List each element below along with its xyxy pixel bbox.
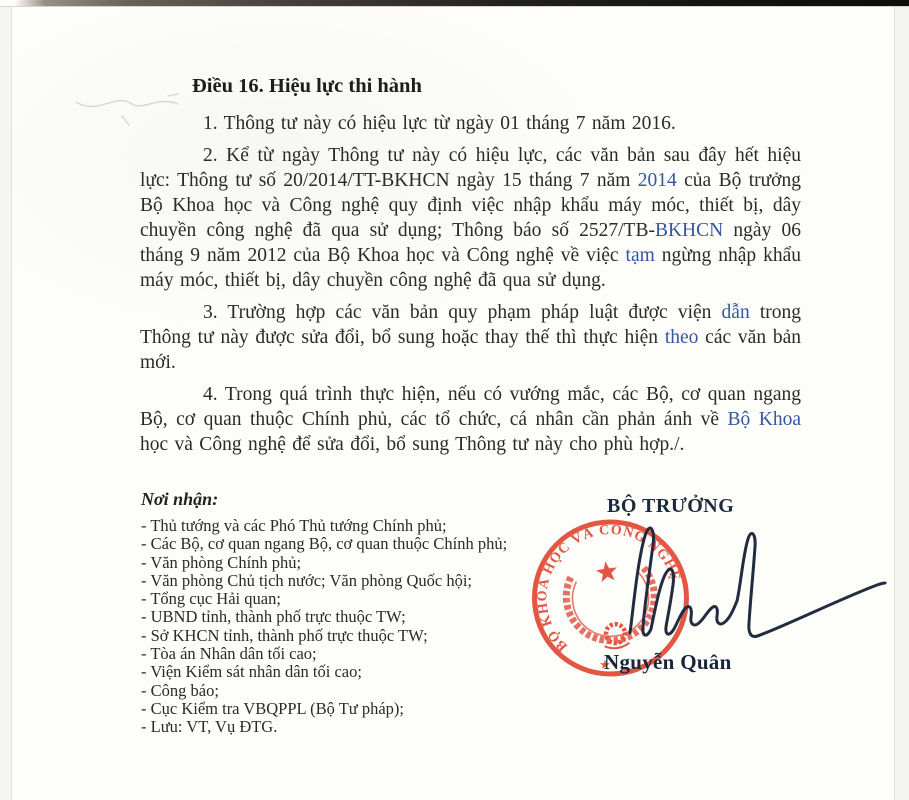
- text-run: Bộ Khoa: [728, 409, 802, 430]
- text-run: theo: [665, 327, 699, 348]
- scan-top-edge-band: [0, 0, 909, 7]
- scanned-document-page: { "document": { "heading": "Điều 16. Hiệ…: [0, 0, 909, 800]
- handwritten-signature: [600, 515, 890, 655]
- recipients-block: Nơi nhận: - Thủ tướng và các Phó Thủ tướ…: [141, 489, 581, 737]
- recipient-item: - UBND tỉnh, thành phố trực thuộc TW;: [141, 608, 581, 626]
- article-section: Điều 16. Hiệu lực thi hành 1. Thông tư n…: [140, 74, 801, 457]
- scan-left-edge-line: [11, 7, 12, 800]
- article-paragraph: 3. Trường hợp các văn bản quy phạm pháp …: [140, 300, 801, 375]
- text-run: dẫn: [722, 302, 750, 323]
- recipient-item: - Công báo;: [141, 682, 581, 700]
- recipient-item: - Tòa án Nhân dân tối cao;: [141, 645, 581, 663]
- article-body: 1. Thông tư này có hiệu lực từ ngày 01 t…: [140, 111, 801, 457]
- recipients-list: - Thủ tướng và các Phó Thủ tướng Chính p…: [141, 517, 581, 737]
- text-run: BKHCN: [655, 220, 723, 241]
- recipient-item: - Văn phòng Chính phủ;: [141, 554, 581, 572]
- recipient-item: - Tổng cục Hải quan;: [141, 590, 581, 608]
- text-run: tạm: [626, 245, 655, 266]
- text-run: học và Công nghệ để sửa đổi, bổ sung Thô…: [140, 434, 684, 455]
- article-paragraph: 4. Trong quá trình thực hiện, nếu có vướ…: [140, 382, 801, 457]
- minister-name: Nguyễn Quân: [604, 650, 732, 675]
- recipient-item: - Thủ tướng và các Phó Thủ tướng Chính p…: [141, 517, 581, 535]
- recipient-item: - Sở KHCN tỉnh, thành phố trực thuộc TW;: [141, 627, 581, 645]
- recipient-item: - Văn phòng Chủ tịch nước; Văn phòng Quố…: [141, 572, 581, 590]
- recipient-item: - Cục Kiểm tra VBQPPL (Bộ Tư pháp);: [141, 700, 581, 718]
- recipient-item: - Lưu: VT, Vụ ĐTG.: [141, 718, 581, 736]
- text-run: 3. Trường hợp các văn bản quy phạm pháp …: [203, 302, 722, 323]
- recipients-label: Nơi nhận:: [141, 489, 581, 510]
- text-run: 1. Thông tư này có hiệu lực từ ngày 01 t…: [203, 113, 676, 134]
- text-run: 4. Trong quá trình thực hiện, nếu có vướ…: [140, 384, 801, 430]
- scan-left-edge: [0, 7, 11, 800]
- recipient-item: - Viện Kiểm sát nhân dân tối cao;: [141, 663, 581, 681]
- article-paragraph: 1. Thông tư này có hiệu lực từ ngày 01 t…: [140, 111, 801, 136]
- scan-right-edge-line: [894, 7, 895, 800]
- scan-right-edge: [895, 7, 909, 800]
- article-paragraph: 2. Kể từ ngày Thông tư này có hiệu lực, …: [140, 143, 801, 293]
- recipient-item: - Các Bộ, cơ quan ngang Bộ, cơ quan thuộ…: [141, 535, 581, 553]
- signature-stroke: [630, 528, 885, 636]
- article-heading: Điều 16. Hiệu lực thi hành: [192, 74, 801, 98]
- text-run: 2014: [638, 170, 677, 191]
